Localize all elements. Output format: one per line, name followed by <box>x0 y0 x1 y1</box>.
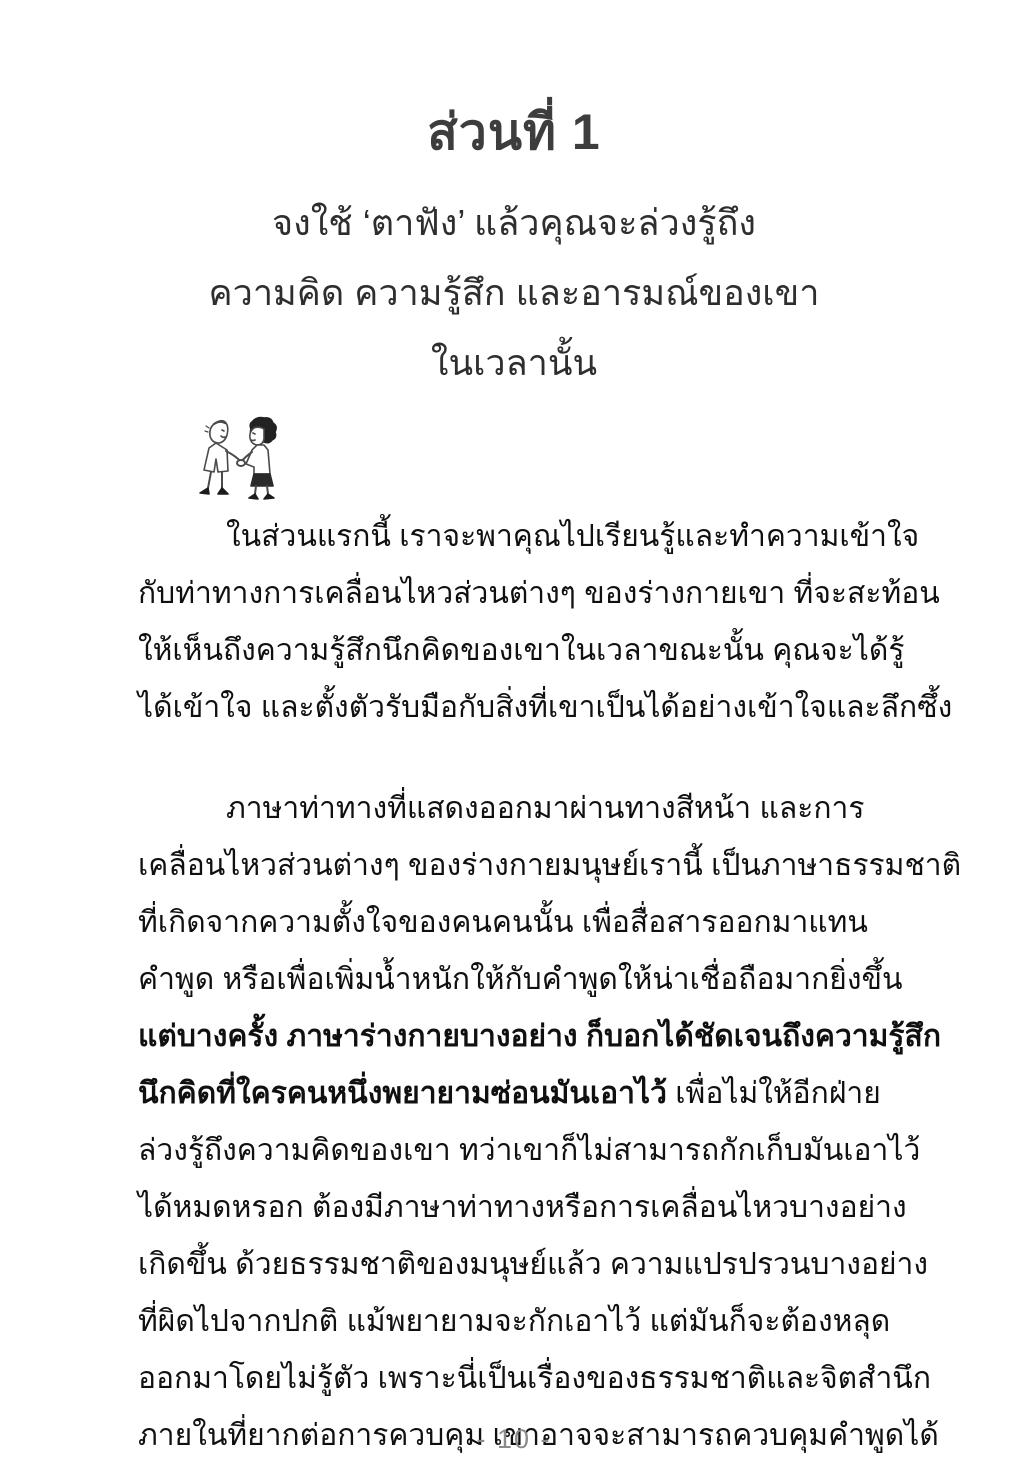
subtitle-line: ในเวลานั้น <box>138 328 890 398</box>
text-line: ได้เข้าใจ และตั้งตัวรับมือกับสิ่งที่เขาเ… <box>138 679 890 736</box>
text-segment: เกิดขึ้น ด้วยธรรมชาติของมนุษย์แล้ว ความแ… <box>138 1248 928 1281</box>
paragraph: ภาษาท่าทางที่แสดงออกมาผ่านทางสีหน้า และก… <box>138 780 890 1464</box>
body-text: ในส่วนแรกนี้ เราจะพาคุณไปเรียนรู้และทำคว… <box>138 508 890 1464</box>
handshake-illustration <box>194 414 294 504</box>
subtitle-line: จงใช้ ‘ตาฟัง’ แล้วคุณจะล่วงรู้ถึง <box>138 188 890 258</box>
text-line: ที่เกิดจากความตั้งใจของคนคนนั้น เพื่อสื่… <box>138 894 890 951</box>
text-segment: ที่ผิดไปจากปกติ แม้พยายามจะกักเอาไว้ แต่… <box>138 1305 890 1338</box>
section-title: ส่วนที่ 1 <box>138 92 890 172</box>
text-segment: กับท่าทางการเคลื่อนไหวส่วนต่างๆ ของร่างก… <box>138 577 940 610</box>
section-subtitle: จงใช้ ‘ตาฟัง’ แล้วคุณจะล่วงรู้ถึงความคิด… <box>138 188 890 398</box>
text-segment: ภาษาท่าทางที่แสดงออกมาผ่านทางสีหน้า และก… <box>226 792 864 825</box>
text-line: เคลื่อนไหวส่วนต่างๆ ของร่างกายมนุษย์เราน… <box>138 837 890 894</box>
text-line: ให้เห็นถึงความรู้สึกนึกคิดของเขาในเวลาขณ… <box>138 622 890 679</box>
text-segment: ในส่วนแรกนี้ เราจะพาคุณไปเรียนรู้และทำคว… <box>226 520 919 553</box>
text-line: ในส่วนแรกนี้ เราจะพาคุณไปเรียนรู้และทำคว… <box>138 508 890 565</box>
text-segment: คำพูด หรือเพื่อเพิ่มน้ำหนักให้กับคำพูดให… <box>138 963 903 996</box>
text-line: คำพูด หรือเพื่อเพิ่มน้ำหนักให้กับคำพูดให… <box>138 951 890 1008</box>
text-segment: ได้เข้าใจ และตั้งตัวรับมือกับสิ่งที่เขาเ… <box>138 691 952 724</box>
text-segment: ได้หมดหรอก ต้องมีภาษาท่าทางหรือการเคลื่อ… <box>138 1191 907 1224</box>
paragraph: ในส่วนแรกนี้ เราจะพาคุณไปเรียนรู้และทำคว… <box>138 508 890 736</box>
text-line: กับท่าทางการเคลื่อนไหวส่วนต่างๆ ของร่างก… <box>138 565 890 622</box>
text-line: เกิดขึ้น ด้วยธรรมชาติของมนุษย์แล้ว ความแ… <box>138 1236 890 1293</box>
text-line: แต่บางครั้ง ภาษาร่างกายบางอย่าง ก็บอกได้… <box>138 1008 890 1065</box>
text-line: ได้หมดหรอก ต้องมีภาษาท่าทางหรือการเคลื่อ… <box>138 1179 890 1236</box>
text-line: ที่ผิดไปจากปกติ แม้พยายามจะกักเอาไว้ แต่… <box>138 1293 890 1350</box>
text-segment: เพื่อไม่ให้อีกฝ่าย <box>667 1077 881 1110</box>
text-line: นึกคิดที่ใครคนหนึ่งพยายามซ่อนมันเอาไว้ เ… <box>138 1065 890 1122</box>
text-line: ภาษาท่าทางที่แสดงออกมาผ่านทางสีหน้า และก… <box>138 780 890 837</box>
bold-text-segment: นึกคิดที่ใครคนหนึ่งพยายามซ่อนมันเอาไว้ <box>138 1077 667 1110</box>
text-segment: ที่เกิดจากความตั้งใจของคนคนนั้น เพื่อสื่… <box>138 906 868 939</box>
page-number: - 10 - <box>0 1424 1028 1455</box>
text-segment: ให้เห็นถึงความรู้สึกนึกคิดของเขาในเวลาขณ… <box>138 634 904 667</box>
text-line: ออกมาโดยไม่รู้ตัว เพราะนี่เป็นเรื่องของธ… <box>138 1350 890 1407</box>
book-page: ส่วนที่ 1 จงใช้ ‘ตาฟัง’ แล้วคุณจะล่วงรู้… <box>0 0 1028 1481</box>
page-content: ส่วนที่ 1 จงใช้ ‘ตาฟัง’ แล้วคุณจะล่วงรู้… <box>138 0 890 1464</box>
bold-text-segment: แต่บางครั้ง ภาษาร่างกายบางอย่าง ก็บอกได้… <box>138 1020 941 1053</box>
text-segment: ออกมาโดยไม่รู้ตัว เพราะนี่เป็นเรื่องของธ… <box>138 1362 931 1395</box>
subtitle-line: ความคิด ความรู้สึก และอารมณ์ของเขา <box>138 258 890 328</box>
text-segment: ล่วงรู้ถึงความคิดของเขา ทว่าเขาก็ไม่สามา… <box>138 1134 920 1167</box>
text-line: ล่วงรู้ถึงความคิดของเขา ทว่าเขาก็ไม่สามา… <box>138 1122 890 1179</box>
two-people-handshake-icon <box>194 414 294 504</box>
text-segment: เคลื่อนไหวส่วนต่างๆ ของร่างกายมนุษย์เราน… <box>138 849 961 882</box>
